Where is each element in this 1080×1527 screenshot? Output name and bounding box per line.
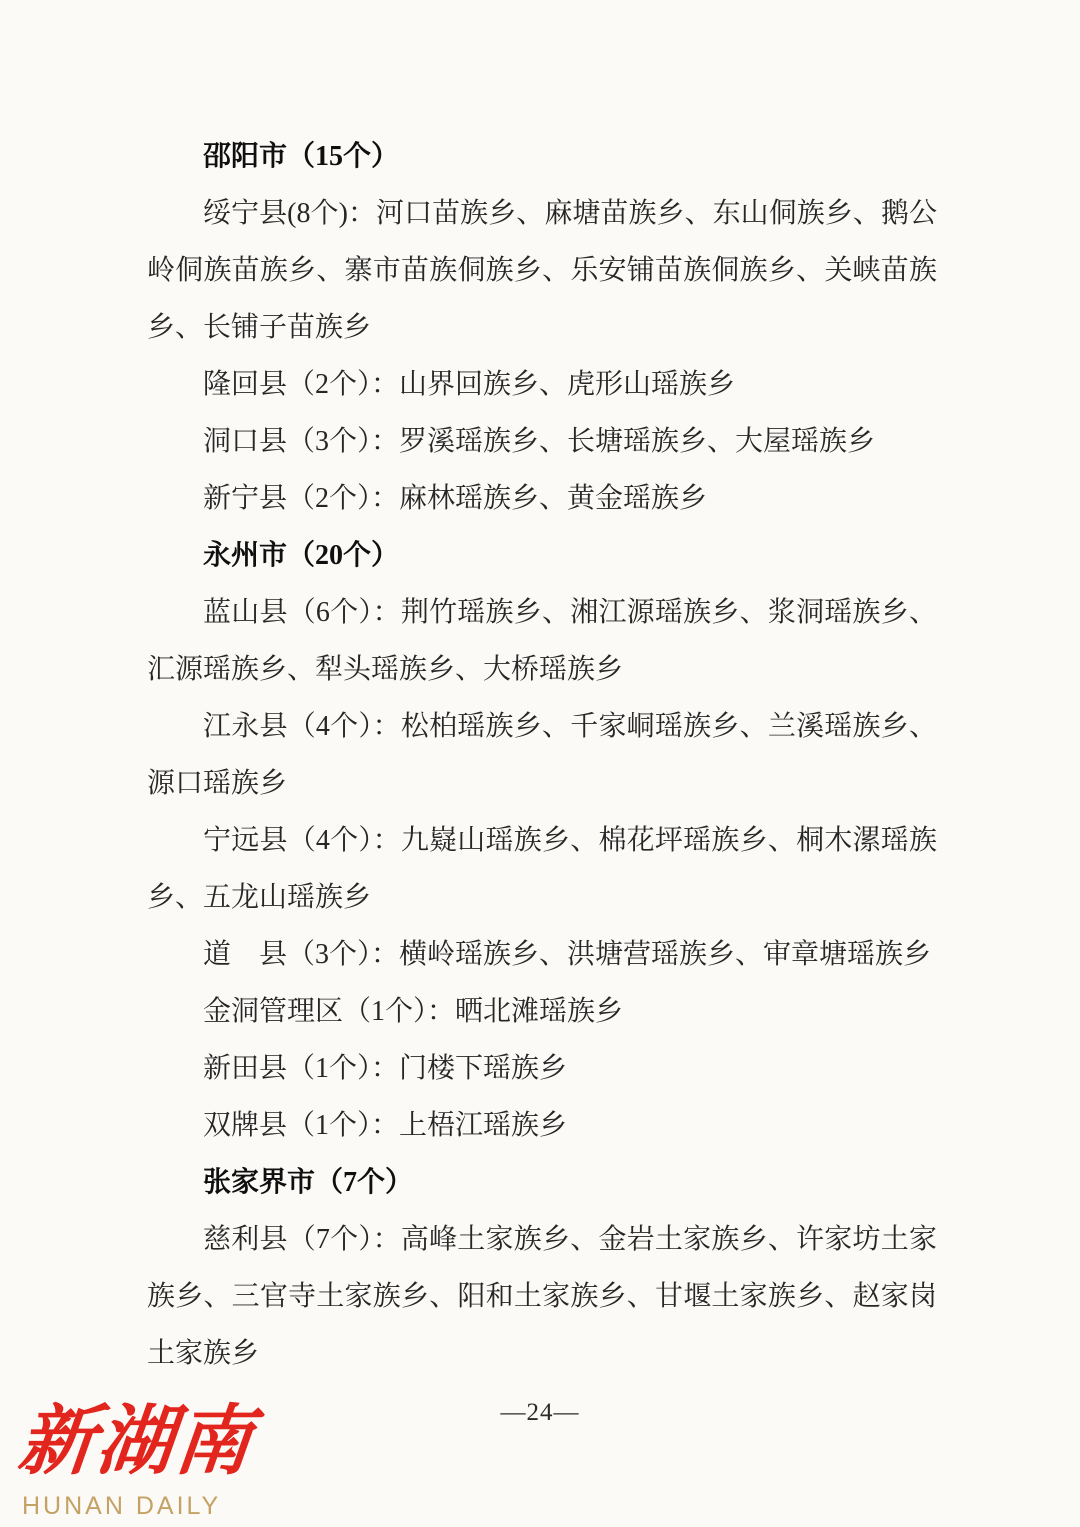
document-body: 邵阳市（15个） 绥宁县(8个)：河口苗族乡、麻塘苗族乡、东山侗族乡、鹅公岭侗族… bbox=[147, 128, 937, 1382]
logo-subtitle: HUNAN DAILY bbox=[22, 1492, 274, 1521]
county-entry-jindong: 金洞管理区（1个）：晒北滩瑶族乡 bbox=[147, 983, 937, 1040]
county-entry-ningyuan: 宁远县（4个）：九嶷山瑶族乡、棉花坪瑶族乡、桐木漯瑶族乡、五龙山瑶族乡 bbox=[147, 812, 937, 926]
county-entry-shuangpai: 双牌县（1个）：上梧江瑶族乡 bbox=[147, 1097, 937, 1154]
county-entry-dongkou: 洞口县（3个）：罗溪瑶族乡、长塘瑶族乡、大屋瑶族乡 bbox=[147, 413, 937, 470]
city-heading-zhangjiajie: 张家界市（7个） bbox=[147, 1154, 937, 1211]
county-entry-xintian: 新田县（1个）：门楼下瑶族乡 bbox=[147, 1040, 937, 1097]
county-entry-cili: 慈利县（7个）：高峰土家族乡、金岩土家族乡、许家坊土家族乡、三官寺土家族乡、阳和… bbox=[147, 1211, 937, 1382]
logo-wordmark: 新湖南 bbox=[14, 1394, 284, 1490]
county-entry-jiangyong: 江永县（4个）：松柏瑶族乡、千家峒瑶族乡、兰溪瑶族乡、源口瑶族乡 bbox=[147, 698, 937, 812]
document-page: 邵阳市（15个） 绥宁县(8个)：河口苗族乡、麻塘苗族乡、东山侗族乡、鹅公岭侗族… bbox=[0, 0, 1080, 1527]
county-entry-daoxian: 道 县（3个）：横岭瑶族乡、洪塘营瑶族乡、审章塘瑶族乡 bbox=[147, 926, 937, 983]
city-heading-shaoyang: 邵阳市（15个） bbox=[147, 128, 937, 185]
city-heading-yongzhou: 永州市（20个） bbox=[147, 527, 937, 584]
county-entry-longhui: 隆回县（2个）：山界回族乡、虎形山瑶族乡 bbox=[147, 356, 937, 413]
county-entry-suining: 绥宁县(8个)：河口苗族乡、麻塘苗族乡、东山侗族乡、鹅公岭侗族苗族乡、寨市苗族侗… bbox=[147, 185, 937, 356]
county-entry-xinning: 新宁县（2个）：麻林瑶族乡、黄金瑶族乡 bbox=[147, 470, 937, 527]
county-entry-lanshan: 蓝山县（6个）：荆竹瑶族乡、湘江源瑶族乡、浆洞瑶族乡、汇源瑶族乡、犁头瑶族乡、大… bbox=[147, 584, 937, 698]
hunan-daily-logo: 新湖南 HUNAN DAILY bbox=[14, 1394, 274, 1521]
